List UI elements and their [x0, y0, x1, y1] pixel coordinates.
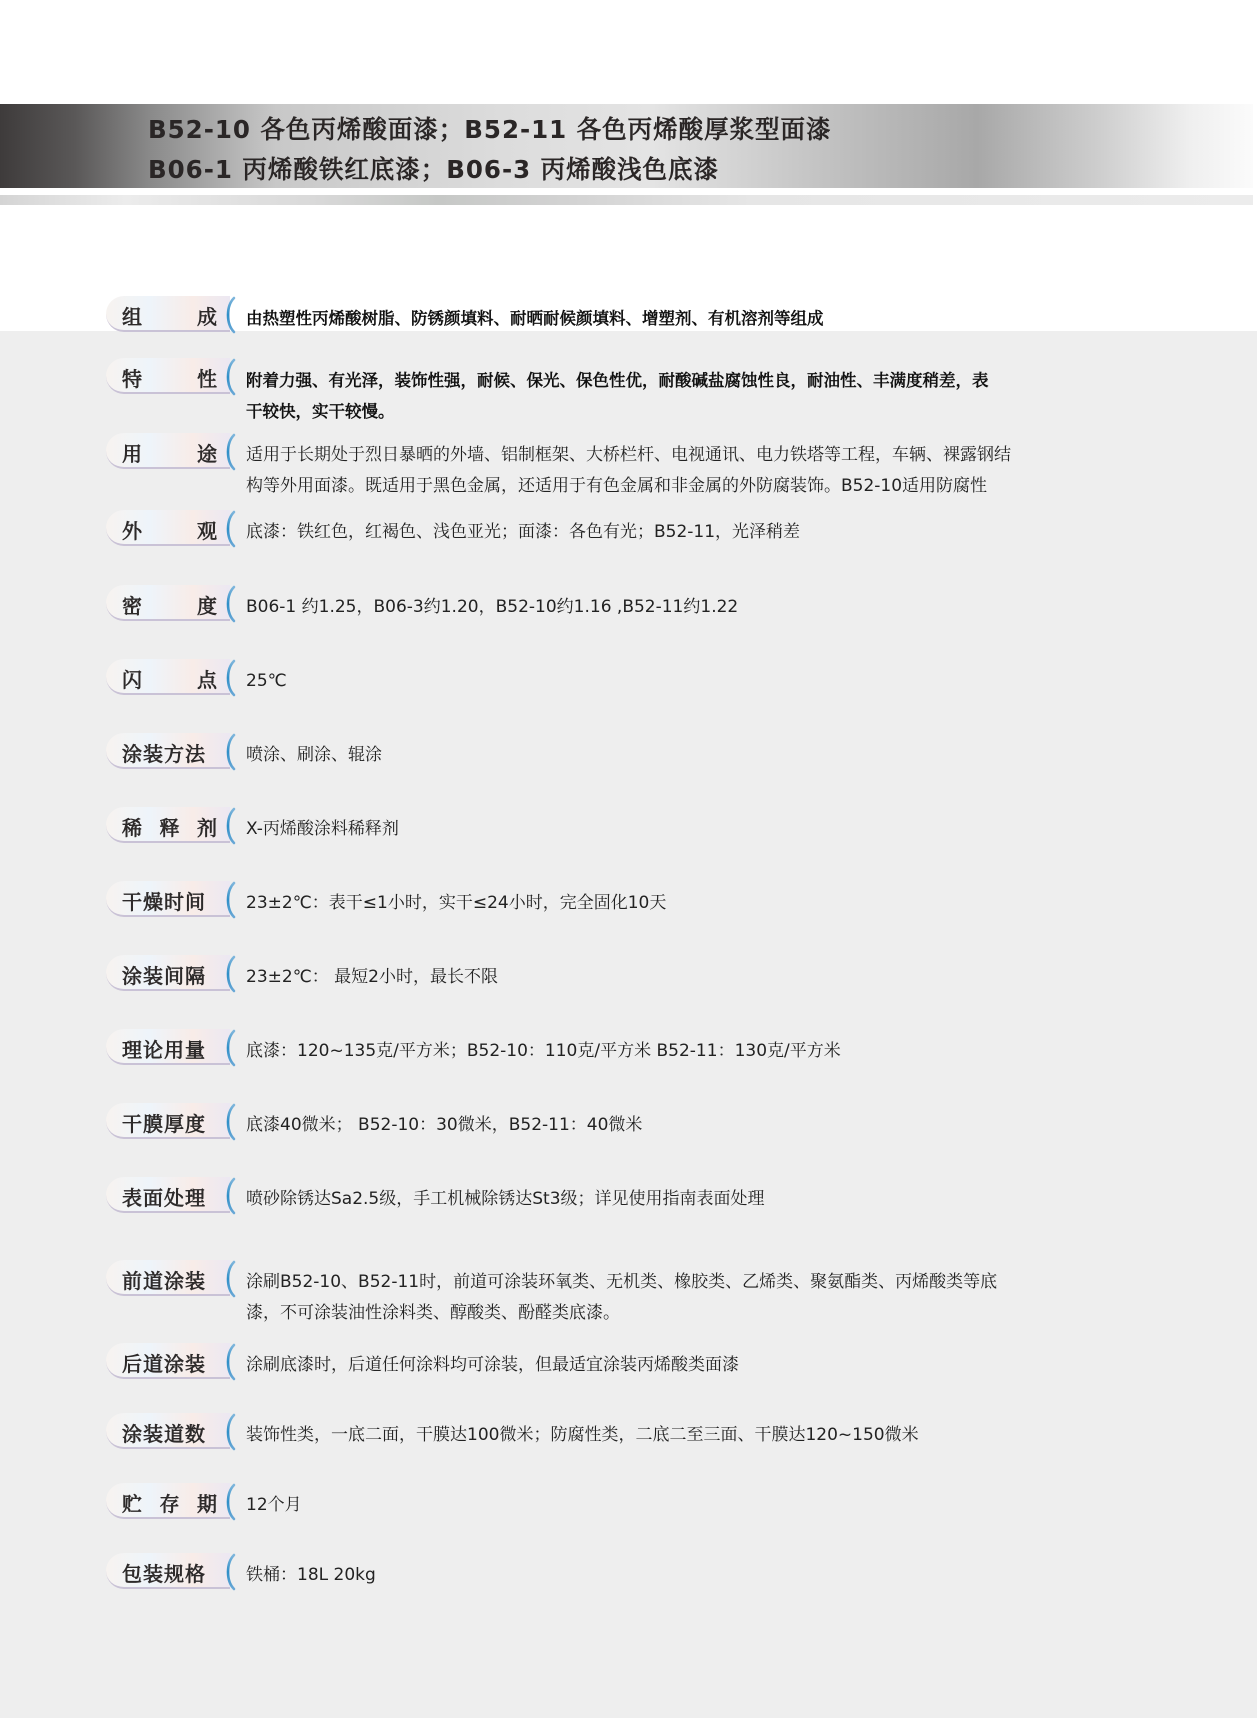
spec-label-char: 存 — [160, 1488, 181, 1517]
spec-label: 包装规格 — [122, 1558, 222, 1587]
spec-value: 铁桶：18L 20kg — [246, 1560, 1186, 1591]
spec-label-char: 期 — [197, 1488, 218, 1517]
spec-value-line: 附着力强、有光泽，装饰性强，耐候、保光、保色性优，耐酸碱盐腐蚀性良，耐油性、丰满… — [246, 365, 1186, 396]
spec-label: 涂装间隔 — [122, 960, 222, 989]
spec-value: 底漆：铁红色，红褐色、浅色亚光；面漆：各色有光；B52-11，光泽稍差 — [246, 517, 1186, 548]
bracket-accent-icon — [222, 1553, 236, 1591]
spec-value-line: B06-1 约1.25，B06-3约1.20，B52-10约1.16 ,B52-… — [246, 592, 1186, 623]
spec-label-char: 厚 — [164, 1112, 185, 1136]
spec-label-char: 装 — [143, 1422, 164, 1446]
spec-label-char: 装 — [143, 964, 164, 988]
bracket-accent-icon — [222, 659, 236, 697]
spec-label-char: 间 — [185, 890, 206, 914]
spec-label-char: 数 — [185, 1422, 206, 1446]
spec-label-char: 量 — [185, 1038, 206, 1062]
spec-label-char: 间 — [164, 964, 185, 988]
spec-value: 23±2℃：表干≤1小时，实干≤24小时，完全固化10天 — [246, 888, 1186, 919]
spec-label-char: 装 — [185, 1269, 206, 1293]
spec-label-char: 性 — [197, 363, 218, 392]
spec-label-char: 点 — [197, 664, 218, 693]
spec-value: 25℃ — [246, 666, 1186, 697]
spec-value: X-丙烯酸涂料稀释剂 — [246, 814, 1186, 845]
spec-value: 23±2℃： 最短2小时，最长不限 — [246, 962, 1186, 993]
spec-label-char: 涂 — [164, 1352, 185, 1376]
bracket-accent-icon — [222, 955, 236, 993]
bracket-accent-icon — [222, 733, 236, 771]
bracket-accent-icon — [222, 358, 236, 396]
spec-label-char: 涂 — [164, 1269, 185, 1293]
spec-label-char: 装 — [143, 742, 164, 766]
spec-label-char: 道 — [143, 1352, 164, 1376]
bracket-accent-icon — [222, 1343, 236, 1381]
spec-label-char: 度 — [185, 1112, 206, 1136]
bracket-accent-icon — [222, 807, 236, 845]
spec-label-char: 释 — [160, 812, 181, 841]
spec-label-char: 用 — [122, 438, 143, 467]
bracket-accent-icon — [222, 510, 236, 548]
spec-value-line: 漆，不可涂装油性涂料类、醇酸类、酚醛类底漆。 — [246, 1298, 1186, 1329]
bracket-accent-icon — [222, 1103, 236, 1141]
title-banner: B52-10 各色丙烯酸面漆；B52-11 各色丙烯酸厚浆型面漆 B06-1 丙… — [0, 104, 1253, 188]
bracket-accent-icon — [222, 296, 236, 334]
spec-label-char: 膜 — [143, 1112, 164, 1136]
spec-value: 底漆：120~135克/平方米；B52-10：110克/平方米 B52-11：1… — [246, 1036, 1186, 1067]
spec-value-line: 干较快，实干较慢。 — [246, 396, 1186, 427]
spec-value: 装饰性类，一底二面，干膜达100微米；防腐性类，二底二至三面、干膜达120~15… — [246, 1420, 1186, 1451]
bracket-accent-icon — [222, 1483, 236, 1521]
spec-label: 用途 — [122, 438, 218, 467]
spec-label: 前道涂装 — [122, 1265, 222, 1294]
spec-value: 喷涂、刷涂、辊涂 — [246, 740, 1186, 771]
bracket-accent-icon — [222, 585, 236, 623]
spec-label: 干燥时间 — [122, 886, 222, 915]
spec-label: 贮存期 — [122, 1488, 218, 1517]
spec-label: 涂装道数 — [122, 1418, 222, 1447]
spec-label-char: 表 — [122, 1186, 143, 1210]
spec-label-char: 装 — [185, 1352, 206, 1376]
spec-value-line: 铁桶：18L 20kg — [246, 1560, 1186, 1591]
spec-label-char: 处 — [164, 1186, 185, 1210]
spec-value-line: 23±2℃： 最短2小时，最长不限 — [246, 962, 1186, 993]
spec-label: 理论用量 — [122, 1034, 222, 1063]
spec-label-char: 理 — [122, 1038, 143, 1062]
spec-value: 喷砂除锈达Sa2.5级，手工机械除锈达St3级；详见使用指南表面处理 — [246, 1184, 1186, 1215]
spec-label: 组成 — [122, 301, 218, 330]
spec-label-char: 前 — [122, 1269, 143, 1293]
title-line-2: B06-1 丙烯酸铁红底漆；B06-3 丙烯酸浅色底漆 — [148, 150, 719, 186]
spec-label-char: 干 — [122, 890, 143, 914]
spec-label: 闪点 — [122, 664, 218, 693]
spec-value-line: 喷涂、刷涂、辊涂 — [246, 740, 1186, 771]
spec-value-line: 25℃ — [246, 666, 1186, 697]
spec-label-char: 规 — [164, 1562, 185, 1586]
spec-value-line: 构等外用面漆。既适用于黑色金属，还适用于有色金属和非金属的外防腐装饰。B52-1… — [246, 471, 1186, 502]
title-line-1: B52-10 各色丙烯酸面漆；B52-11 各色丙烯酸厚浆型面漆 — [148, 110, 831, 146]
spec-label-char: 贮 — [122, 1488, 143, 1517]
spec-label-char: 格 — [185, 1562, 206, 1586]
spec-label-char: 理 — [185, 1186, 206, 1210]
spec-label-char: 特 — [122, 363, 143, 392]
spec-value: 由热塑性丙烯酸树脂、防锈颜填料、耐晒耐候颜填料、增塑剂、有机溶剂等组成 — [246, 303, 1186, 334]
spec-label-char: 成 — [197, 301, 218, 330]
spec-label: 密度 — [122, 590, 218, 619]
spec-label-char: 包 — [122, 1562, 143, 1586]
spec-label-char: 方 — [164, 742, 185, 766]
spec-label-char: 面 — [143, 1186, 164, 1210]
bracket-accent-icon — [222, 1029, 236, 1067]
spec-label: 涂装方法 — [122, 738, 222, 767]
spec-value: 适用于长期处于烈日暴晒的外墙、铝制框架、大桥栏杆、电视通讯、电力铁塔等工程，车辆… — [246, 440, 1186, 502]
spec-label-char: 论 — [143, 1038, 164, 1062]
spec-label: 后道涂装 — [122, 1348, 222, 1377]
spec-label-char: 用 — [164, 1038, 185, 1062]
bracket-accent-icon — [222, 433, 236, 471]
bracket-accent-icon — [222, 1260, 236, 1298]
spec-label-char: 密 — [122, 590, 143, 619]
spec-label: 表面处理 — [122, 1182, 222, 1211]
spec-label-char: 法 — [185, 742, 206, 766]
spec-label-char: 剂 — [197, 812, 218, 841]
spec-value-line: 12个月 — [246, 1490, 1186, 1521]
bracket-accent-icon — [222, 1413, 236, 1451]
spec-label: 外观 — [122, 515, 218, 544]
spec-value: 涂刷B52-10、B52-11时，前道可涂装环氧类、无机类、橡胶类、乙烯类、聚氨… — [246, 1267, 1186, 1329]
spec-label-char: 燥 — [143, 890, 164, 914]
spec-value: 底漆40微米； B52-10：30微米，B52-11：40微米 — [246, 1110, 1186, 1141]
spec-value-line: 由热塑性丙烯酸树脂、防锈颜填料、耐晒耐候颜填料、增塑剂、有机溶剂等组成 — [246, 303, 1186, 334]
spec-value: B06-1 约1.25，B06-3约1.20，B52-10约1.16 ,B52-… — [246, 592, 1186, 623]
spec-label-char: 组 — [122, 301, 143, 330]
spec-label-char: 稀 — [122, 812, 143, 841]
spec-label-char: 度 — [197, 590, 218, 619]
spec-value-line: 涂刷B52-10、B52-11时，前道可涂装环氧类、无机类、橡胶类、乙烯类、聚氨… — [246, 1267, 1186, 1298]
spec-label: 稀释剂 — [122, 812, 218, 841]
spec-label-char: 涂 — [122, 742, 143, 766]
spec-label-char: 涂 — [122, 1422, 143, 1446]
spec-value-line: 底漆：铁红色，红褐色、浅色亚光；面漆：各色有光；B52-11，光泽稍差 — [246, 517, 1186, 548]
spec-value-line: 底漆40微米； B52-10：30微米，B52-11：40微米 — [246, 1110, 1186, 1141]
bracket-accent-icon — [222, 881, 236, 919]
spec-value: 涂刷底漆时，后道任何涂料均可涂装，但最适宜涂装丙烯酸类面漆 — [246, 1350, 1186, 1381]
spec-label-char: 道 — [143, 1269, 164, 1293]
spec-label-char: 涂 — [122, 964, 143, 988]
spec-label: 特性 — [122, 363, 218, 392]
spec-value-line: 底漆：120~135克/平方米；B52-10：110克/平方米 B52-11：1… — [246, 1036, 1186, 1067]
spec-value-line: 喷砂除锈达Sa2.5级，手工机械除锈达St3级；详见使用指南表面处理 — [246, 1184, 1186, 1215]
spec-value-line: 23±2℃：表干≤1小时，实干≤24小时，完全固化10天 — [246, 888, 1186, 919]
spec-label: 干膜厚度 — [122, 1108, 222, 1137]
spec-label-char: 装 — [143, 1562, 164, 1586]
spec-label-char: 隔 — [185, 964, 206, 988]
spec-label-char: 时 — [164, 890, 185, 914]
bracket-accent-icon — [222, 1177, 236, 1215]
spec-label-char: 道 — [164, 1422, 185, 1446]
spec-label-char: 干 — [122, 1112, 143, 1136]
spec-label-char: 途 — [197, 438, 218, 467]
spec-value: 附着力强、有光泽，装饰性强，耐候、保光、保色性优，耐酸碱盐腐蚀性良，耐油性、丰满… — [246, 365, 1186, 427]
spec-value-line: 适用于长期处于烈日暴晒的外墙、铝制框架、大桥栏杆、电视通讯、电力铁塔等工程，车辆… — [246, 440, 1186, 471]
spec-value: 12个月 — [246, 1490, 1186, 1521]
spec-label-char: 观 — [197, 515, 218, 544]
spec-label-char: 外 — [122, 515, 143, 544]
spec-label-char: 闪 — [122, 664, 143, 693]
spec-value-line: 涂刷底漆时，后道任何涂料均可涂装，但最适宜涂装丙烯酸类面漆 — [246, 1350, 1186, 1381]
decorative-divider-strip — [0, 195, 1253, 205]
spec-value-line: X-丙烯酸涂料稀释剂 — [246, 814, 1186, 845]
spec-value-line: 装饰性类，一底二面，干膜达100微米；防腐性类，二底二至三面、干膜达120~15… — [246, 1420, 1186, 1451]
spec-label-char: 后 — [122, 1352, 143, 1376]
